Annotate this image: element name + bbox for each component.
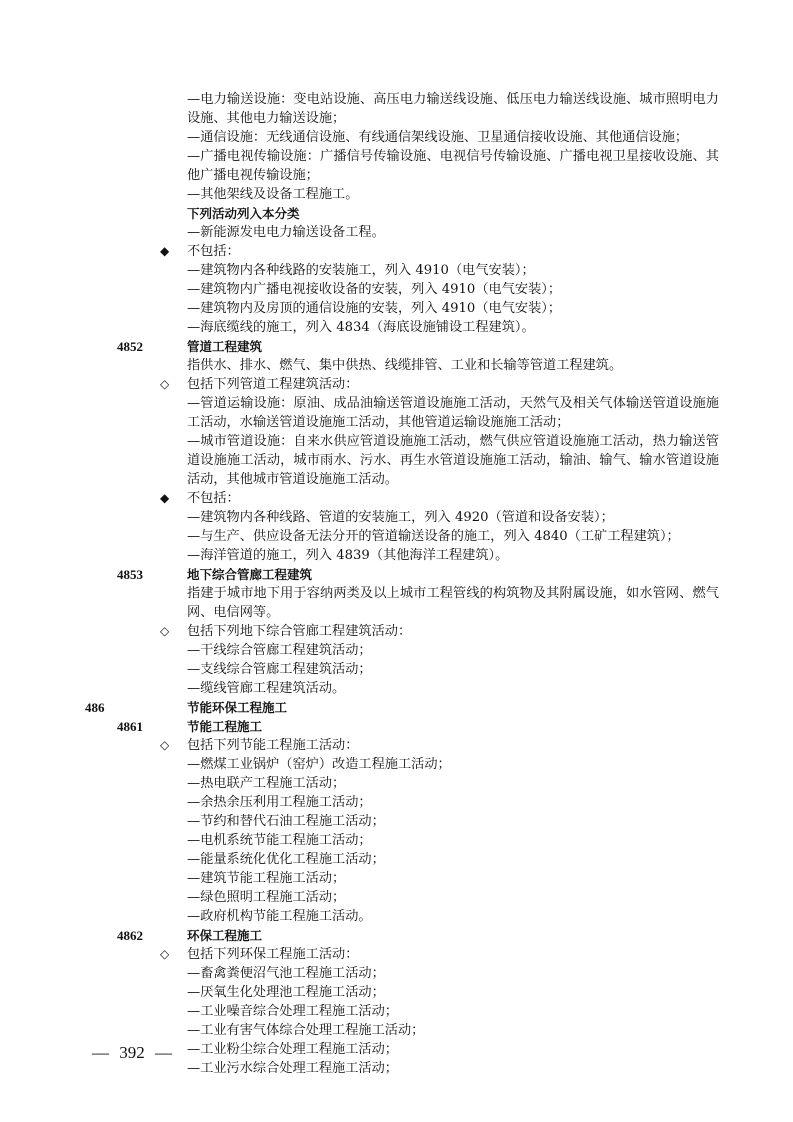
item-text: —建筑物内广播电视接收设备的安装，列入 4910（电气安装）； — [187, 280, 561, 299]
category-title: 地下综合管廊工程建筑 — [187, 565, 312, 584]
bullet-text: 包括下列环保工程施工活动： — [187, 945, 358, 964]
item-text: —工业有害气体综合处理工程施工活动； — [187, 1021, 424, 1040]
list-item: —其他架线及设备工程施工。 — [0, 185, 793, 204]
list-item: —通信设施：无线通信设施、有线通信架线设施、卫星通信接收设施、其他通信设施； — [0, 128, 793, 147]
list-item: —海底缆线的施工，列入 4834（海底设施铺设工程建筑）。 — [0, 318, 793, 337]
filled-diamond-icon: ◆ — [160, 489, 169, 508]
item-text: —热电联产工程施工活动； — [187, 774, 345, 793]
item-text: —建筑物内及房顶的通信设施的安装，列入 4910（电气安装）； — [187, 299, 561, 318]
list-item: —建筑物内各种线路、管道的安装施工，列入 4920（管道和设备安装）； — [0, 508, 793, 527]
item-text: —畜禽粪便沼气池工程施工活动； — [187, 964, 385, 983]
item-text: —厌氧生化处理池工程施工活动； — [187, 983, 385, 1002]
list-item: —节约和替代石油工程施工活动； — [0, 812, 793, 831]
bullet-text: 不包括： — [187, 242, 240, 261]
list-item: —城市管道设施：自来水供应管道设施施工活动，燃气供应管道设施施工活动，热力输送管… — [0, 432, 719, 489]
group-heading: 486 节能环保工程施工 — [0, 698, 793, 717]
list-item: —建筑物内及房顶的通信设施的安装，列入 4910（电气安装）； — [0, 299, 793, 318]
exclusion-bullet: ◆ 不包括： — [0, 489, 793, 508]
page-footer: — 392 — — [92, 1043, 172, 1063]
category-code: 4853 — [117, 565, 143, 584]
list-item: —广播电视传输设施：广播信号传输设施、电视信号传输设施、广播电视卫星接收设施、其… — [0, 147, 719, 185]
list-item: —支线综合管廊工程建筑活动； — [0, 660, 793, 679]
item-text: —缆线管廊工程建筑活动。 — [187, 679, 345, 698]
item-text: —新能源发电电力输送设备工程。 — [187, 223, 385, 242]
hollow-diamond-icon: ◇ — [160, 375, 169, 394]
list-item: —新能源发电电力输送设备工程。 — [0, 223, 793, 242]
category-title: 管道工程建筑 — [187, 337, 262, 356]
filled-diamond-icon: ◆ — [160, 242, 169, 261]
item-text: —工业污水综合处理工程施工活动； — [187, 1059, 398, 1078]
category-heading: 4862 环保工程施工 — [0, 926, 793, 945]
footer-dash-left: — — [92, 1043, 109, 1062]
list-item: —缆线管廊工程建筑活动。 — [0, 679, 793, 698]
category-heading: 4853 地下综合管廊工程建筑 — [0, 565, 793, 584]
item-text: —与生产、供应设备无法分开的管道输送设备的施工，列入 4840（工矿工程建筑）； — [187, 527, 680, 546]
group-title: 节能环保工程施工 — [187, 698, 287, 717]
exclusion-bullet: ◆ 不包括： — [0, 242, 793, 261]
item-text: —干线综合管廊工程建筑活动； — [187, 641, 372, 660]
bullet-text: 包括下列地下综合管廊工程建筑活动： — [187, 622, 411, 641]
inclusion-bullet: ◇ 包括下列地下综合管廊工程建筑活动： — [0, 622, 793, 641]
category-code: 4852 — [117, 337, 143, 356]
category-description: 指建于城市地下用于容纳两类及以上城市工程管线的构筑物及其附属设施，如水管网、燃气… — [0, 584, 719, 622]
item-text: —海底缆线的施工，列入 4834（海底设施铺设工程建筑）。 — [187, 318, 535, 337]
item-text: —支线综合管廊工程建筑活动； — [187, 660, 372, 679]
item-text: —建筑物内各种线路、管道的安装施工，列入 4920（管道和设备安装）； — [187, 508, 614, 527]
item-text: —余热余压利用工程施工活动； — [187, 793, 372, 812]
list-item: —电力输送设施：变电站设施、高压电力输送线设施、低压电力输送线设施、城市照明电力… — [0, 90, 719, 128]
category-heading: 4861 节能工程施工 — [0, 717, 793, 736]
list-item: —电机系统节能工程施工活动； — [0, 831, 793, 850]
page-number: 392 — [119, 1043, 145, 1062]
list-item: —热电联产工程施工活动； — [0, 774, 793, 793]
category-code: 4861 — [117, 717, 143, 736]
group-code: 486 — [85, 698, 105, 717]
inclusion-bullet: ◇ 包括下列管道工程建筑活动： — [0, 375, 793, 394]
document-page: —电力输送设施：变电站设施、高压电力输送线设施、低压电力输送线设施、城市照明电力… — [0, 0, 793, 1122]
item-text: —燃煤工业锅炉（窑炉）改造工程施工活动； — [187, 755, 451, 774]
list-item: —建筑物内广播电视接收设备的安装，列入 4910（电气安装）； — [0, 280, 793, 299]
list-item: —畜禽粪便沼气池工程施工活动； — [0, 964, 793, 983]
description-text: 指供水、排水、燃气、集中供热、线缆排管、工业和长输等管道工程建筑。 — [187, 356, 622, 375]
hollow-diamond-icon: ◇ — [160, 945, 169, 964]
list-item: —建筑物内各种线路的安装施工，列入 4910（电气安装）； — [0, 261, 793, 280]
item-text: —绿色照明工程施工活动； — [187, 888, 345, 907]
list-item: —绿色照明工程施工活动； — [0, 888, 793, 907]
item-text: —其他架线及设备工程施工。 — [187, 185, 358, 204]
category-description: 指供水、排水、燃气、集中供热、线缆排管、工业和长输等管道工程建筑。 — [0, 356, 793, 375]
list-item: —与生产、供应设备无法分开的管道输送设备的施工，列入 4840（工矿工程建筑）； — [0, 527, 793, 546]
list-item: —海洋管道的施工，列入 4839（其他海洋工程建筑）。 — [0, 546, 793, 565]
hollow-diamond-icon: ◇ — [160, 736, 169, 755]
footer-dash-right: — — [155, 1043, 172, 1062]
item-text: —政府机构节能工程施工活动。 — [187, 907, 372, 926]
bullet-text: 包括下列节能工程施工活动： — [187, 736, 358, 755]
list-item: —厌氧生化处理池工程施工活动； — [0, 983, 793, 1002]
item-text: —节约和替代石油工程施工活动； — [187, 812, 385, 831]
inclusion-bullet: ◇ 包括下列节能工程施工活动： — [0, 736, 793, 755]
list-item: —工业噪音综合处理工程施工活动； — [0, 1002, 793, 1021]
category-code: 4862 — [117, 926, 143, 945]
list-item: —余热余压利用工程施工活动； — [0, 793, 793, 812]
item-text: —电机系统节能工程施工活动； — [187, 831, 372, 850]
list-item: —政府机构节能工程施工活动。 — [0, 907, 793, 926]
item-text: —建筑节能工程施工活动； — [187, 869, 345, 888]
list-item: —燃煤工业锅炉（窑炉）改造工程施工活动； — [0, 755, 793, 774]
item-text: —工业噪音综合处理工程施工活动； — [187, 1002, 398, 1021]
list-item: —管道运输设施：原油、成品油输送管道设施施工活动，天然气及相关气体输送管道设施施… — [0, 394, 719, 432]
list-item: —能量系统化优化工程施工活动； — [0, 850, 793, 869]
page-content: —电力输送设施：变电站设施、高压电力输送线设施、低压电力输送线设施、城市照明电力… — [0, 90, 793, 1078]
item-text: —建筑物内各种线路的安装施工，列入 4910（电气安装）； — [187, 261, 535, 280]
subheading: 下列活动列入本分类 — [0, 204, 793, 223]
category-title: 环保工程施工 — [187, 926, 262, 945]
item-text: —海洋管道的施工，列入 4839（其他海洋工程建筑）。 — [187, 546, 508, 565]
bullet-text: 包括下列管道工程建筑活动： — [187, 375, 358, 394]
category-title: 节能工程施工 — [187, 717, 262, 736]
subheading-text: 下列活动列入本分类 — [187, 204, 300, 223]
list-item: —干线综合管廊工程建筑活动； — [0, 641, 793, 660]
bullet-text: 不包括： — [187, 489, 240, 508]
inclusion-bullet: ◇ 包括下列环保工程施工活动： — [0, 945, 793, 964]
item-text: —工业粉尘综合处理工程施工活动； — [187, 1040, 398, 1059]
list-item: —建筑节能工程施工活动； — [0, 869, 793, 888]
list-item: —工业有害气体综合处理工程施工活动； — [0, 1021, 793, 1040]
item-text: —能量系统化优化工程施工活动； — [187, 850, 385, 869]
category-heading: 4852 管道工程建筑 — [0, 337, 793, 356]
hollow-diamond-icon: ◇ — [160, 622, 169, 641]
item-text: —通信设施：无线通信设施、有线通信架线设施、卫星通信接收设施、其他通信设施； — [187, 128, 688, 147]
